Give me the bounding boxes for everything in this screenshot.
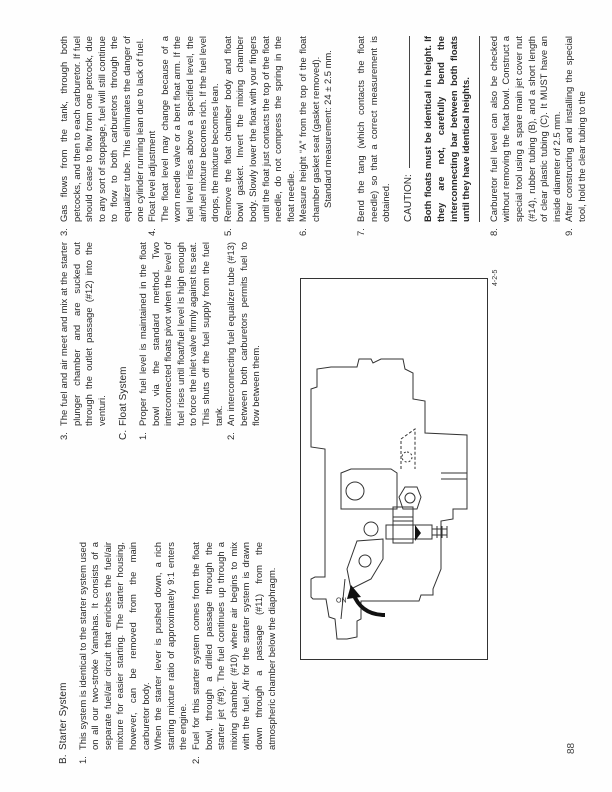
standard-measurement: Standard measurement: 24 ± 2.5 mm.	[322, 36, 335, 222]
paragraph: Fuel for this starter system comes from …	[190, 542, 278, 750]
paragraph: Remove the float chamber body and float …	[222, 36, 298, 222]
column-2: 3. The fuel and air meet and mix at the …	[58, 242, 263, 440]
paragraph: An interconnecting fuel equalizer tube (…	[225, 242, 263, 426]
list-item: 9. After constructing and installing the…	[563, 36, 588, 236]
paragraph: When the starter lever is pushed down, a…	[152, 542, 190, 750]
column-1: B.Starter System 1. This system is ident…	[58, 542, 278, 764]
list-item: 8. Carburetor fuel level can also be che…	[488, 36, 564, 236]
section-title: Starter System	[58, 682, 69, 750]
paragraph: Carburetor fuel level can also be checke…	[488, 36, 564, 222]
paragraph: Gas flows from the tank, through both pe…	[58, 36, 146, 222]
caution-box: CAUTION: Both floats must be identical i…	[403, 36, 480, 236]
item-number: 4.	[146, 222, 222, 236]
item-number: 8.	[488, 222, 564, 236]
section-heading-float-system: C.Float System	[118, 242, 131, 440]
list-item: 5. Remove the float chamber body and flo…	[222, 36, 298, 236]
paragraph: The float level may change because of a …	[159, 36, 222, 222]
item-number: 9.	[563, 222, 588, 236]
section-letter: B.	[58, 750, 71, 764]
list-item: 1. Proper fuel level is maintained in th…	[137, 242, 225, 440]
list-item: 3. The fuel and air meet and mix at the …	[58, 242, 108, 440]
page-number: 88	[566, 743, 579, 754]
paragraph: The fuel and air meet and mix at the sta…	[58, 242, 108, 426]
manual-page: B.Starter System 1. This system is ident…	[0, 0, 612, 792]
item-number: 6.	[297, 222, 335, 236]
subheading: Float level adjustment	[146, 36, 159, 222]
carburetor-figure: ON	[300, 278, 488, 660]
item-number: 3.	[58, 222, 146, 236]
paragraph: After constructing and installing the sp…	[563, 36, 588, 222]
list-item: 3. Gas flows from the tank, through both…	[58, 36, 146, 236]
section-letter: C.	[118, 426, 131, 440]
paragraph: Proper fuel level is maintained in the f…	[137, 242, 225, 426]
paragraph: Measure height “A” from the top of the f…	[297, 36, 322, 222]
carburetor-illustration	[301, 279, 487, 659]
item-number: 2.	[225, 426, 263, 440]
caution-rule	[409, 36, 410, 168]
list-item: 4. Float level adjustment The float leve…	[146, 36, 222, 236]
paragraph: Bend the tang (which contacts the float …	[355, 36, 393, 222]
list-item: 6. Measure height “A” from the top of th…	[297, 36, 335, 236]
list-item: 1. This system is identical to the start…	[77, 542, 190, 764]
item-number: 3.	[58, 426, 108, 440]
item-number: 1.	[77, 750, 190, 764]
caution-rule-bottom	[479, 36, 480, 222]
section-heading-starter-system: B.Starter System	[58, 542, 71, 764]
item-number: 1.	[137, 426, 225, 440]
figure-label: 4-2-5	[490, 270, 503, 286]
on-label: ON	[336, 595, 347, 608]
item-number: 5.	[222, 222, 298, 236]
list-item: 2. An interconnecting fuel equalizer tub…	[225, 242, 263, 440]
list-item: 7. Bend the tang (which contacts the flo…	[355, 36, 393, 236]
paragraph: This system is identical to the starter …	[77, 542, 153, 750]
column-3: 3. Gas flows from the tank, through both…	[58, 36, 589, 236]
section-title: Float System	[118, 366, 129, 426]
item-number: 2.	[190, 750, 278, 764]
caution-text: Both floats must be identical in height.…	[422, 36, 472, 222]
item-number: 7.	[355, 222, 393, 236]
list-item: 2. Fuel for this starter system comes fr…	[190, 542, 278, 764]
